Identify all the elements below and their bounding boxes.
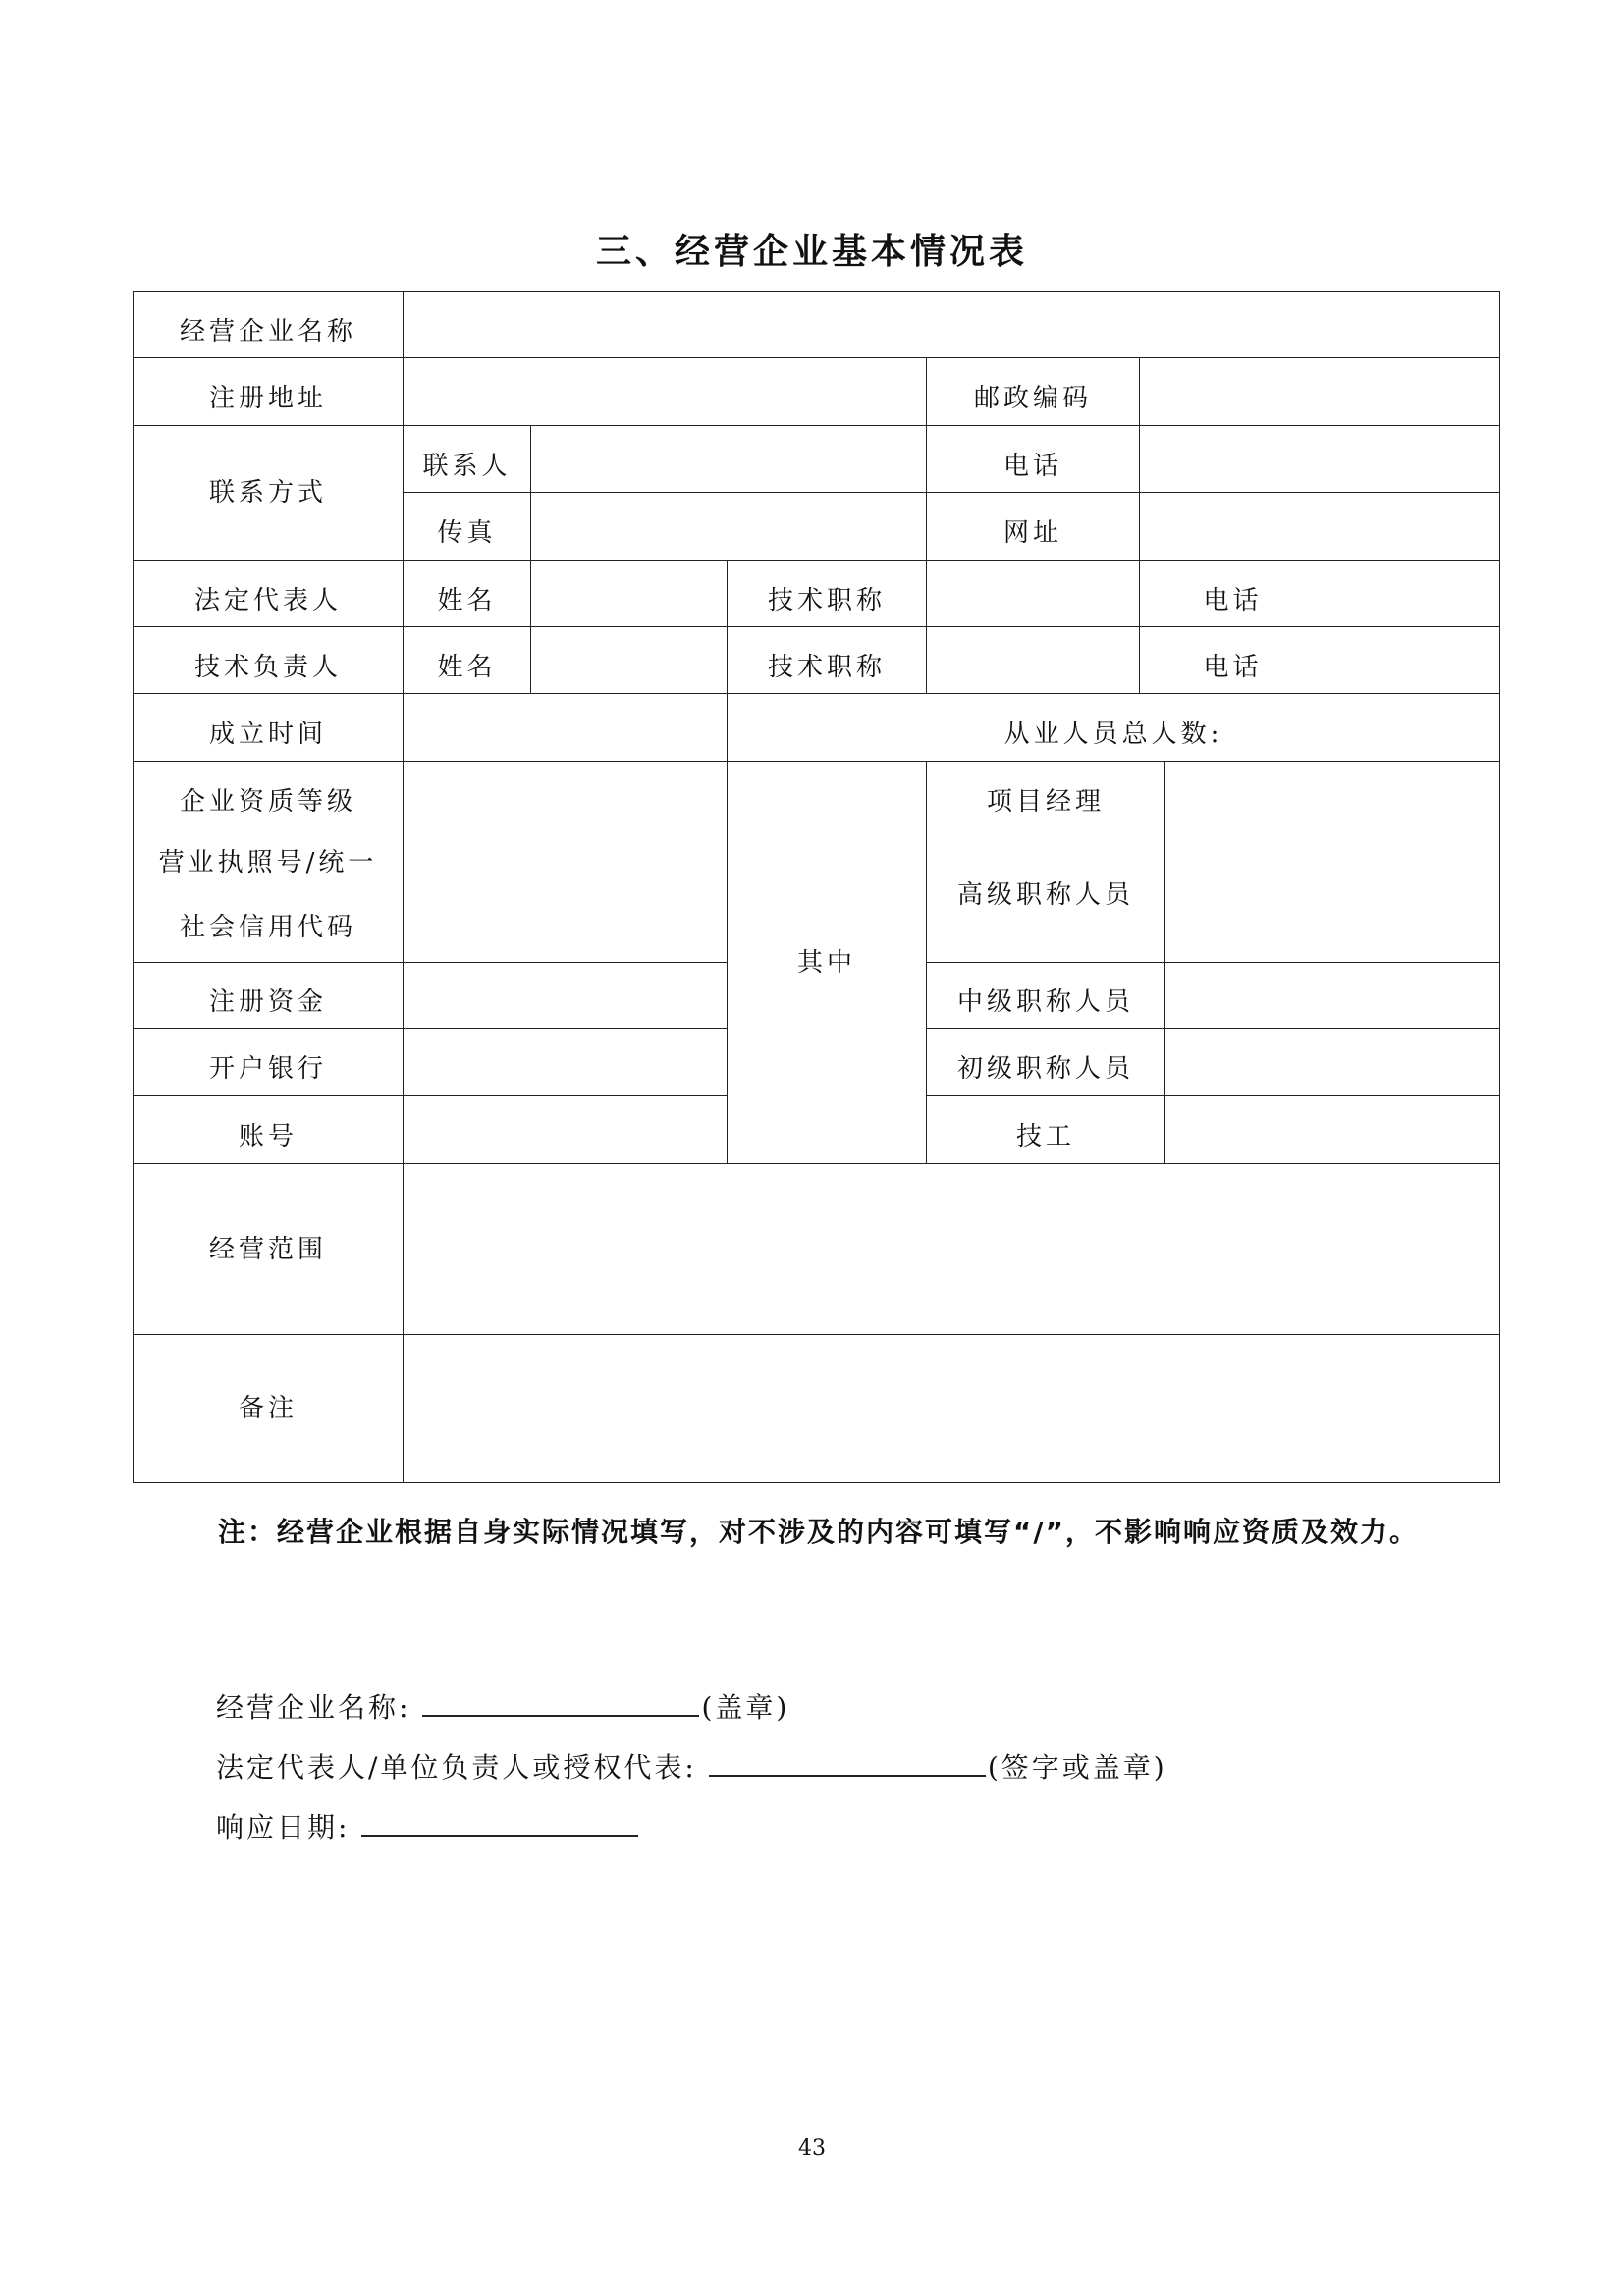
field-fax[interactable] [530,492,927,561]
label-company-name: 经营企业名称 [133,291,404,358]
field-qualification[interactable] [403,761,728,828]
signature-date-label: 响应日期: [216,1811,350,1843]
label-license-line2: 社会信用代码 [180,895,356,960]
field-established[interactable] [403,693,728,762]
label-legal-rep-name: 姓名 [403,560,531,627]
page-title: 三、经营企业基本情况表 [0,224,1624,274]
field-tech-lead-title[interactable] [926,626,1140,694]
field-license[interactable] [403,828,728,963]
field-contact-person[interactable] [530,425,927,493]
field-remarks[interactable] [403,1334,1500,1483]
label-legal-rep: 法定代表人 [133,560,404,627]
signature-representative: 法定代表人/单位负责人或授权代表:(签字或盖章) [216,1746,1167,1786]
label-fax: 传真 [403,492,531,561]
label-contact-person: 联系人 [403,425,531,493]
field-postcode[interactable] [1139,357,1500,426]
field-company-name[interactable] [403,291,1500,358]
label-phone: 电话 [926,425,1140,493]
signature-company-line[interactable] [422,1693,699,1717]
label-business-scope: 经营范围 [133,1163,404,1335]
label-remarks: 备注 [133,1334,404,1483]
field-tech-lead-phone[interactable] [1326,626,1500,694]
field-website[interactable] [1139,492,1500,561]
label-tech-lead-name: 姓名 [403,626,531,694]
field-technicians[interactable] [1164,1095,1500,1164]
page-number: 43 [0,2136,1624,2161]
signature-company-label: 经营企业名称: [216,1691,410,1724]
field-tech-lead-name[interactable] [530,626,728,694]
label-tech-lead: 技术负责人 [133,626,404,694]
label-among: 其中 [727,761,927,1164]
label-license-line1: 营业执照号/统一 [159,830,378,895]
label-senior-staff: 高级职称人员 [926,828,1165,963]
label-legal-rep-title: 技术职称 [727,560,927,627]
label-tech-lead-title: 技术职称 [727,626,927,694]
signature-company-suffix: (盖章) [701,1691,789,1724]
field-account[interactable] [403,1095,728,1164]
field-reg-address[interactable] [403,357,927,426]
field-project-manager[interactable] [1164,761,1500,828]
field-bank[interactable] [403,1028,728,1096]
label-website: 网址 [926,492,1140,561]
label-reg-capital: 注册资金 [133,962,404,1029]
label-established: 成立时间 [133,693,404,762]
label-qualification: 企业资质等级 [133,761,404,828]
label-mid-staff: 中级职称人员 [926,962,1165,1029]
field-legal-rep-name[interactable] [530,560,728,627]
label-postcode: 邮政编码 [926,357,1140,426]
field-mid-staff[interactable] [1164,962,1500,1029]
field-legal-rep-phone[interactable] [1326,560,1500,627]
field-senior-staff[interactable] [1164,828,1500,963]
field-phone[interactable] [1139,425,1500,493]
label-license: 营业执照号/统一 社会信用代码 [133,828,404,963]
label-tech-lead-phone: 电话 [1139,626,1326,694]
field-junior-staff[interactable] [1164,1028,1500,1096]
label-project-manager: 项目经理 [926,761,1165,828]
note-text: 注：经营企业根据自身实际情况填写，对不涉及的内容可填写“/”，不影响响应资质及效… [147,1497,1502,1568]
field-reg-capital[interactable] [403,962,728,1029]
field-legal-rep-title[interactable] [926,560,1140,627]
signature-rep-label: 法定代表人/单位负责人或授权代表: [216,1751,697,1784]
label-bank: 开户银行 [133,1028,404,1096]
signature-rep-line[interactable] [709,1753,986,1777]
label-contact: 联系方式 [133,425,404,561]
label-reg-address: 注册地址 [133,357,404,426]
field-business-scope[interactable] [403,1163,1500,1335]
signature-company: 经营企业名称:(盖章) [216,1686,789,1726]
signature-date-line[interactable] [361,1813,638,1837]
label-legal-rep-phone: 电话 [1139,560,1326,627]
label-total-staff: 从业人员总人数: [727,693,1500,762]
label-junior-staff: 初级职称人员 [926,1028,1165,1096]
signature-rep-suffix: (签字或盖章) [988,1751,1167,1784]
label-technicians: 技工 [926,1095,1165,1164]
signature-date: 响应日期: [216,1806,640,1845]
label-account: 账号 [133,1095,404,1164]
